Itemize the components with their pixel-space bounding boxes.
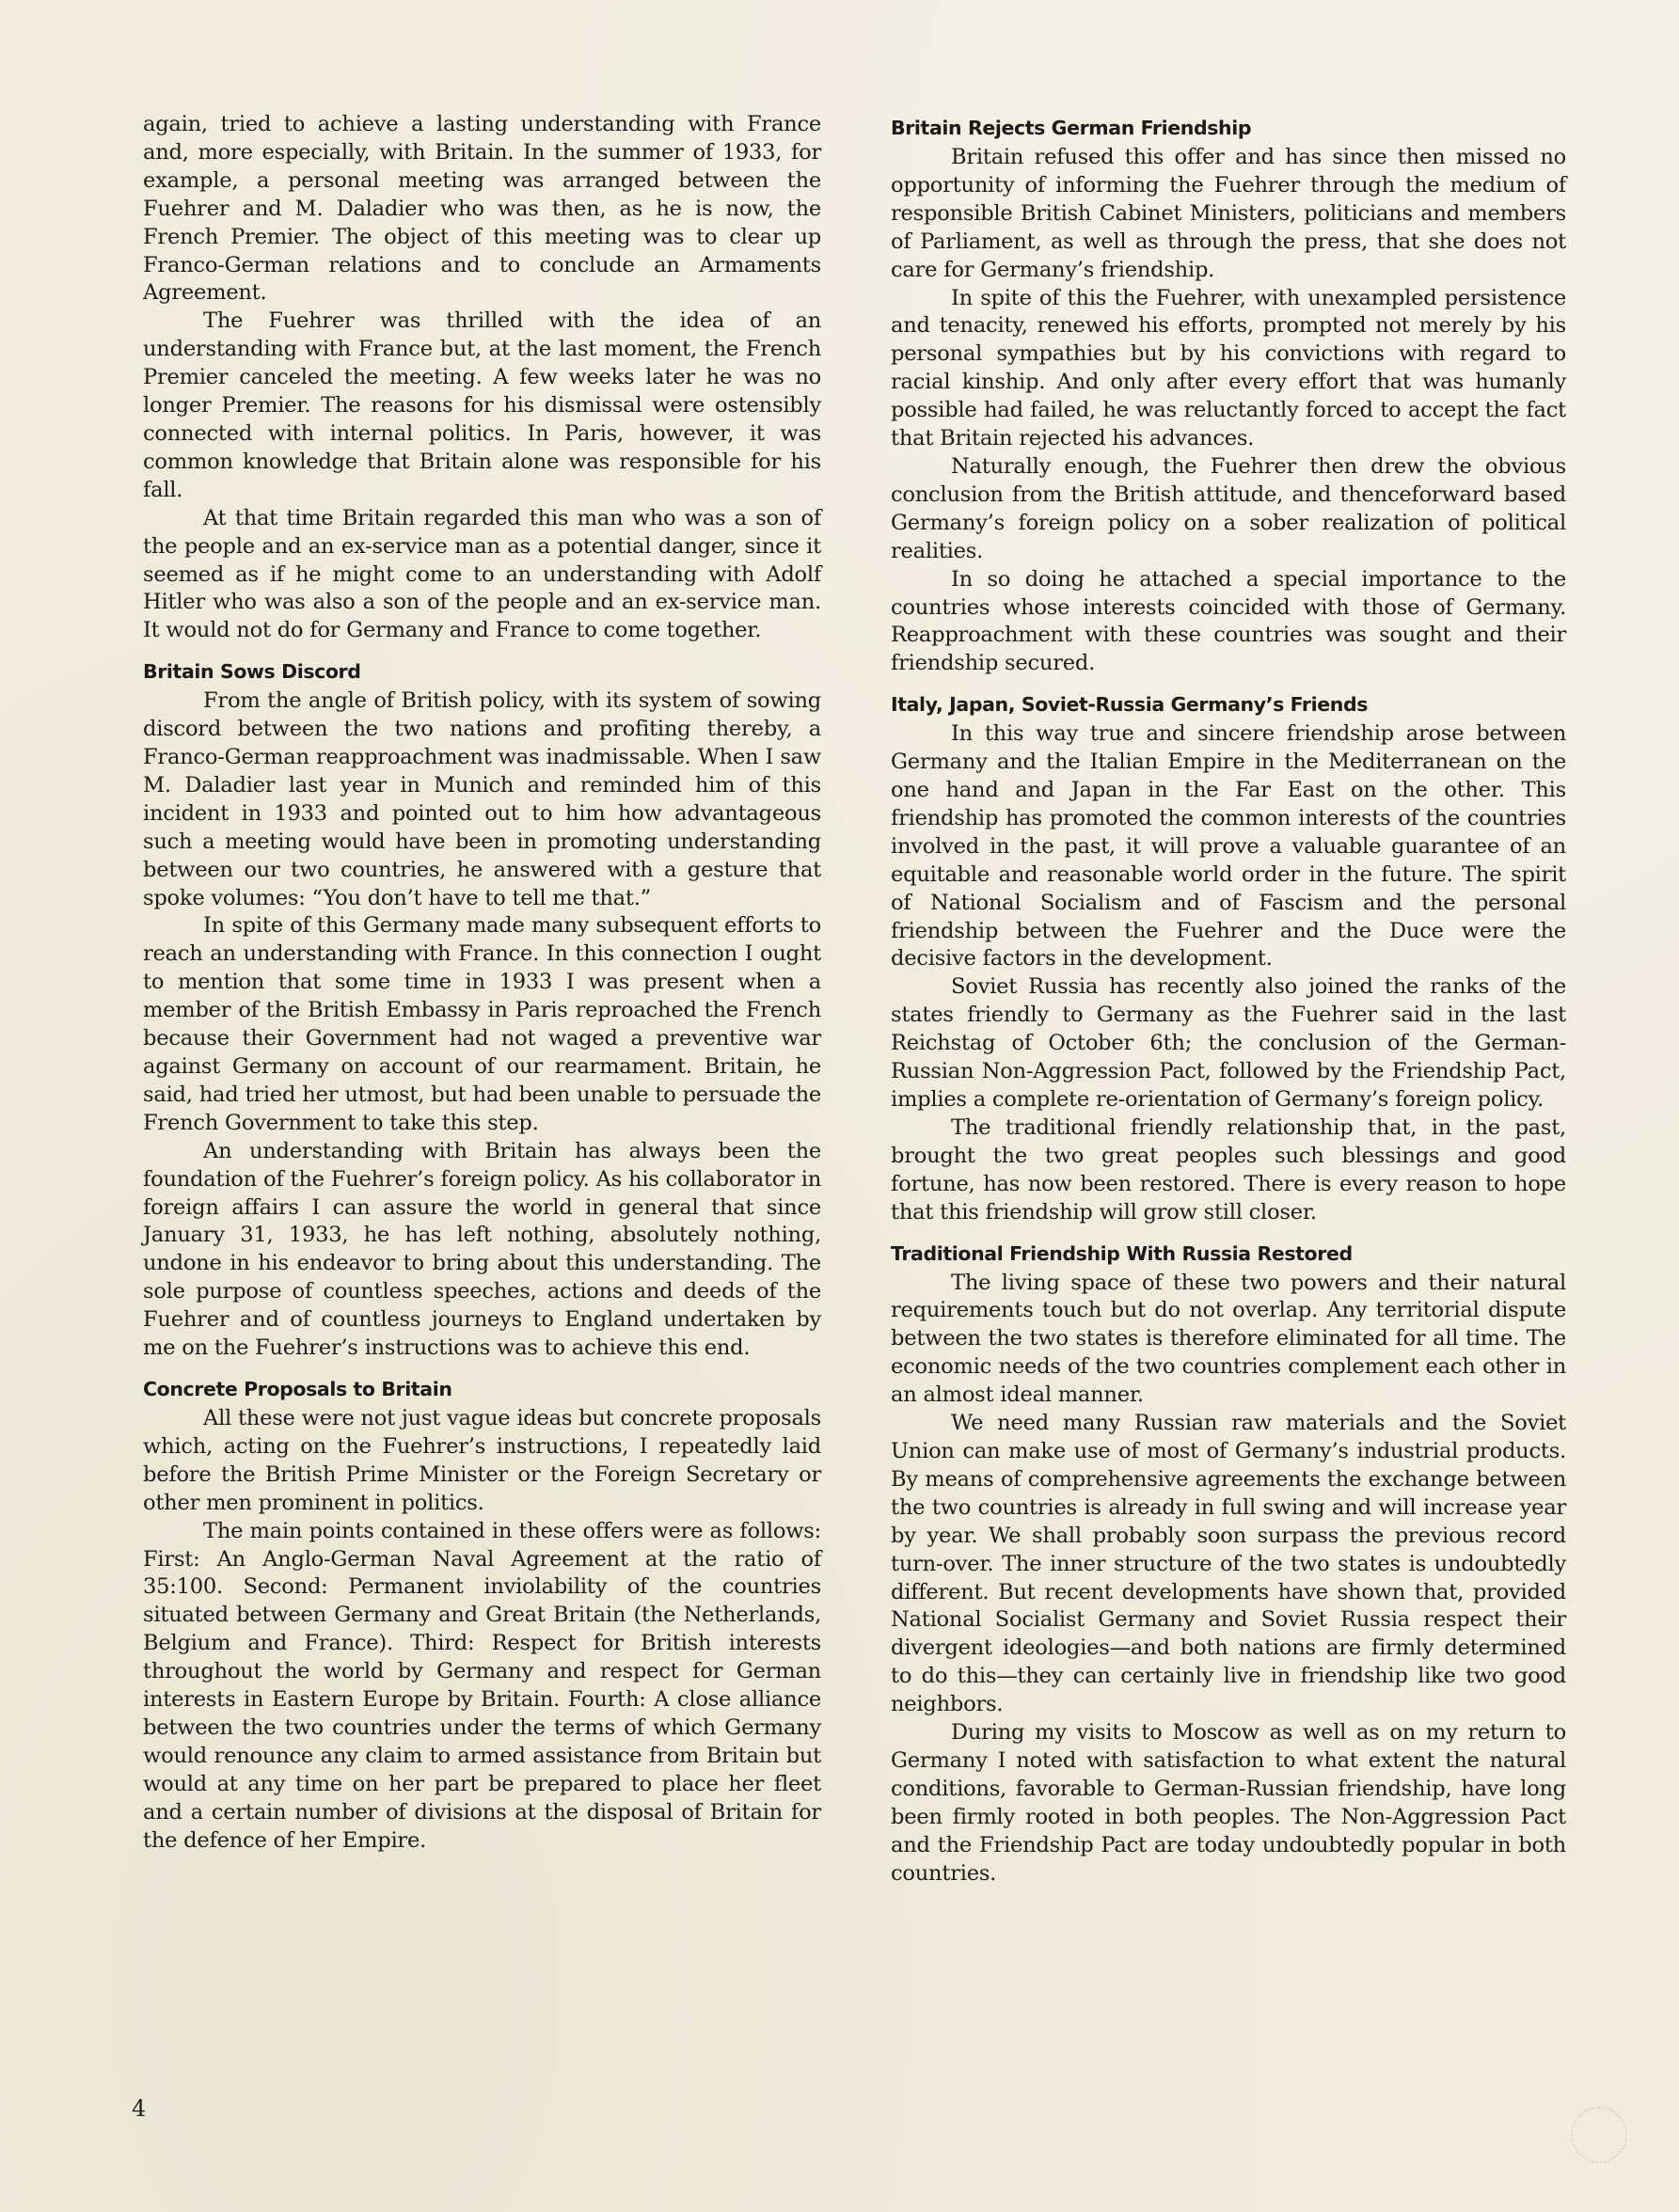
paragraph: We need many Russian raw materials and t… bbox=[891, 1410, 1566, 1719]
section-heading: Traditional Friendship With Russia Resto… bbox=[891, 1240, 1566, 1268]
paragraph: In so doing he attached a special import… bbox=[891, 566, 1566, 679]
paragraph: Britain refused this offer and has since… bbox=[891, 144, 1566, 285]
paragraph: All these were not just vague ideas but … bbox=[143, 1405, 821, 1518]
section-heading: Concrete Proposals to Britain bbox=[143, 1376, 821, 1403]
library-stamp-mark bbox=[1571, 2107, 1627, 2163]
section-heading: Italy, Japan, Soviet-Russia Germany’s Fr… bbox=[891, 691, 1566, 719]
paragraph: The main points contained in these offer… bbox=[143, 1518, 821, 1856]
paragraph: again, tried to achieve a lasting unders… bbox=[143, 111, 821, 308]
page-number: 4 bbox=[132, 2095, 146, 2122]
section-heading: Britain Sows Discord bbox=[143, 658, 821, 686]
section-heading: Britain Rejects German Friendship bbox=[891, 115, 1566, 142]
left-column: again, tried to achieve a lasting unders… bbox=[143, 111, 821, 1855]
paragraph: The traditional friendly relationship th… bbox=[891, 1114, 1566, 1227]
paragraph: During my visits to Moscow as well as on… bbox=[891, 1719, 1566, 1888]
paragraph: In spite of this the Fuehrer, with unexa… bbox=[891, 285, 1566, 453]
paragraph: An understanding with Britain has always… bbox=[143, 1138, 821, 1363]
right-column: Britain Rejects German Friendship Britai… bbox=[891, 115, 1566, 1888]
paragraph: In this way true and sincere friendship … bbox=[891, 720, 1566, 973]
paragraph: In spite of this Germany made many subse… bbox=[143, 912, 821, 1137]
paragraph: The living space of these two powers and… bbox=[891, 1270, 1566, 1411]
paragraph: From the angle of British policy, with i… bbox=[143, 687, 821, 912]
paragraph: The Fuehrer was thrilled with the idea o… bbox=[143, 308, 821, 504]
document-page: again, tried to achieve a lasting unders… bbox=[0, 0, 1679, 2212]
paragraph: Soviet Russia has recently also joined t… bbox=[891, 973, 1566, 1114]
paragraph: Naturally enough, the Fuehrer then drew … bbox=[891, 453, 1566, 566]
paragraph: At that time Britain regarded this man w… bbox=[143, 505, 821, 646]
